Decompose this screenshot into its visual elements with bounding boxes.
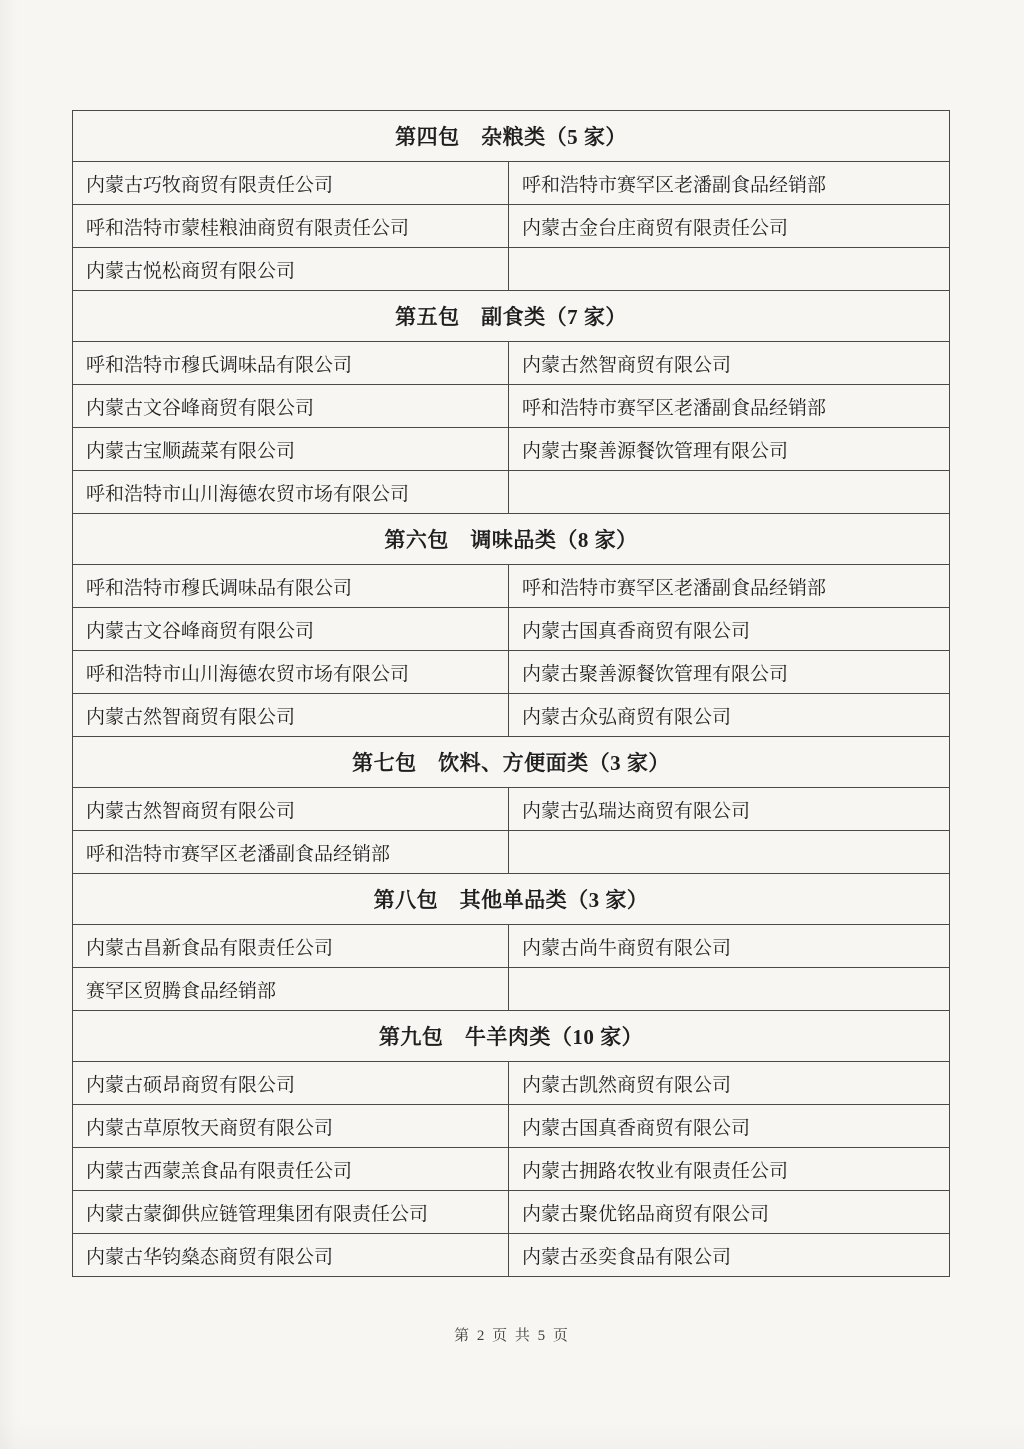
- company-cell: 内蒙古蒙御供应链管理集团有限责任公司: [73, 1191, 509, 1234]
- company-cell: 内蒙古拥路农牧业有限责任公司: [509, 1148, 950, 1191]
- table-row: 内蒙古巧牧商贸有限责任公司 呼和浩特市赛罕区老潘副食品经销部: [73, 162, 950, 205]
- company-cell: 内蒙古昌新食品有限责任公司: [73, 925, 509, 968]
- table-row: 内蒙古文谷峰商贸有限公司 内蒙古国真香商贸有限公司: [73, 608, 950, 651]
- company-cell: 内蒙古硕昂商贸有限公司: [73, 1062, 509, 1105]
- company-cell: 内蒙古丞奕食品有限公司: [509, 1234, 950, 1277]
- table-row: 内蒙古蒙御供应链管理集团有限责任公司 内蒙古聚优铭品商贸有限公司: [73, 1191, 950, 1234]
- section-header: 第四包 杂粮类（5 家）: [73, 111, 950, 162]
- table-row: 呼和浩特市赛罕区老潘副食品经销部: [73, 831, 950, 874]
- section-header: 第七包 饮料、方便面类（3 家）: [73, 737, 950, 788]
- company-cell: 内蒙古西蒙羔食品有限责任公司: [73, 1148, 509, 1191]
- company-cell: 内蒙古草原牧天商贸有限公司: [73, 1105, 509, 1148]
- table-row: 内蒙古草原牧天商贸有限公司 内蒙古国真香商贸有限公司: [73, 1105, 950, 1148]
- company-cell: 内蒙古悦松商贸有限公司: [73, 248, 509, 291]
- table-row: 呼和浩特市山川海德农贸市场有限公司: [73, 471, 950, 514]
- company-cell: 呼和浩特市赛罕区老潘副食品经销部: [509, 565, 950, 608]
- table-row: 呼和浩特市山川海德农贸市场有限公司 内蒙古聚善源餐饮管理有限公司: [73, 651, 950, 694]
- company-cell: 内蒙古文谷峰商贸有限公司: [73, 385, 509, 428]
- section-header: 第九包 牛羊肉类（10 家）: [73, 1011, 950, 1062]
- table-row: 呼和浩特市穆氏调味品有限公司 呼和浩特市赛罕区老潘副食品经销部: [73, 565, 950, 608]
- company-cell: 内蒙古国真香商贸有限公司: [509, 608, 950, 651]
- table-row: 赛罕区贸腾食品经销部: [73, 968, 950, 1011]
- company-cell: 呼和浩特市山川海德农贸市场有限公司: [73, 471, 509, 514]
- company-cell: 呼和浩特市穆氏调味品有限公司: [73, 342, 509, 385]
- company-cell: 内蒙古巧牧商贸有限责任公司: [73, 162, 509, 205]
- table-row: 呼和浩特市蒙桂粮油商贸有限责任公司 内蒙古金台庄商贸有限责任公司: [73, 205, 950, 248]
- company-cell-empty: [509, 248, 950, 291]
- section-header-row: 第七包 饮料、方便面类（3 家）: [73, 737, 950, 788]
- company-cell: 内蒙古凯然商贸有限公司: [509, 1062, 950, 1105]
- company-cell: 内蒙古宝顺蔬菜有限公司: [73, 428, 509, 471]
- section-header-row: 第八包 其他单品类（3 家）: [73, 874, 950, 925]
- page-number-footer: 第 2 页 共 5 页: [0, 1324, 1024, 1345]
- section-header: 第五包 副食类（7 家）: [73, 291, 950, 342]
- company-cell: 呼和浩特市赛罕区老潘副食品经销部: [509, 162, 950, 205]
- company-cell: 内蒙古文谷峰商贸有限公司: [73, 608, 509, 651]
- company-cell: 内蒙古聚善源餐饮管理有限公司: [509, 651, 950, 694]
- company-cell-empty: [509, 968, 950, 1011]
- company-cell: 呼和浩特市赛罕区老潘副食品经销部: [509, 385, 950, 428]
- section-header-row: 第四包 杂粮类（5 家）: [73, 111, 950, 162]
- section-header-row: 第九包 牛羊肉类（10 家）: [73, 1011, 950, 1062]
- table-row: 内蒙古华钧燊态商贸有限公司 内蒙古丞奕食品有限公司: [73, 1234, 950, 1277]
- company-cell: 内蒙古华钧燊态商贸有限公司: [73, 1234, 509, 1277]
- company-cell: 内蒙古然智商贸有限公司: [73, 788, 509, 831]
- company-cell-empty: [509, 471, 950, 514]
- company-cell: 内蒙古众弘商贸有限公司: [509, 694, 950, 737]
- company-cell: 呼和浩特市穆氏调味品有限公司: [73, 565, 509, 608]
- table-row: 内蒙古悦松商贸有限公司: [73, 248, 950, 291]
- section-header-row: 第六包 调味品类（8 家）: [73, 514, 950, 565]
- company-cell: 内蒙古然智商贸有限公司: [73, 694, 509, 737]
- table-row: 内蒙古硕昂商贸有限公司 内蒙古凯然商贸有限公司: [73, 1062, 950, 1105]
- company-cell: 内蒙古弘瑞达商贸有限公司: [509, 788, 950, 831]
- company-cell-empty: [509, 831, 950, 874]
- section-header: 第六包 调味品类（8 家）: [73, 514, 950, 565]
- table-row: 内蒙古然智商贸有限公司 内蒙古众弘商贸有限公司: [73, 694, 950, 737]
- company-cell: 内蒙古然智商贸有限公司: [509, 342, 950, 385]
- bid-packages-table: 第四包 杂粮类（5 家） 内蒙古巧牧商贸有限责任公司 呼和浩特市赛罕区老潘副食品…: [72, 110, 950, 1277]
- section-header-row: 第五包 副食类（7 家）: [73, 291, 950, 342]
- company-cell: 内蒙古国真香商贸有限公司: [509, 1105, 950, 1148]
- company-cell: 呼和浩特市山川海德农贸市场有限公司: [73, 651, 509, 694]
- table-row: 内蒙古文谷峰商贸有限公司 呼和浩特市赛罕区老潘副食品经销部: [73, 385, 950, 428]
- table-row: 内蒙古宝顺蔬菜有限公司 内蒙古聚善源餐饮管理有限公司: [73, 428, 950, 471]
- company-cell: 内蒙古金台庄商贸有限责任公司: [509, 205, 950, 248]
- table-row: 内蒙古然智商贸有限公司 内蒙古弘瑞达商贸有限公司: [73, 788, 950, 831]
- table-row: 内蒙古西蒙羔食品有限责任公司 内蒙古拥路农牧业有限责任公司: [73, 1148, 950, 1191]
- section-header: 第八包 其他单品类（3 家）: [73, 874, 950, 925]
- company-cell: 赛罕区贸腾食品经销部: [73, 968, 509, 1011]
- company-cell: 呼和浩特市赛罕区老潘副食品经销部: [73, 831, 509, 874]
- company-cell: 内蒙古尚牛商贸有限公司: [509, 925, 950, 968]
- company-cell: 内蒙古聚优铭品商贸有限公司: [509, 1191, 950, 1234]
- table-row: 内蒙古昌新食品有限责任公司 内蒙古尚牛商贸有限公司: [73, 925, 950, 968]
- table-row: 呼和浩特市穆氏调味品有限公司 内蒙古然智商贸有限公司: [73, 342, 950, 385]
- company-cell: 呼和浩特市蒙桂粮油商贸有限责任公司: [73, 205, 509, 248]
- company-cell: 内蒙古聚善源餐饮管理有限公司: [509, 428, 950, 471]
